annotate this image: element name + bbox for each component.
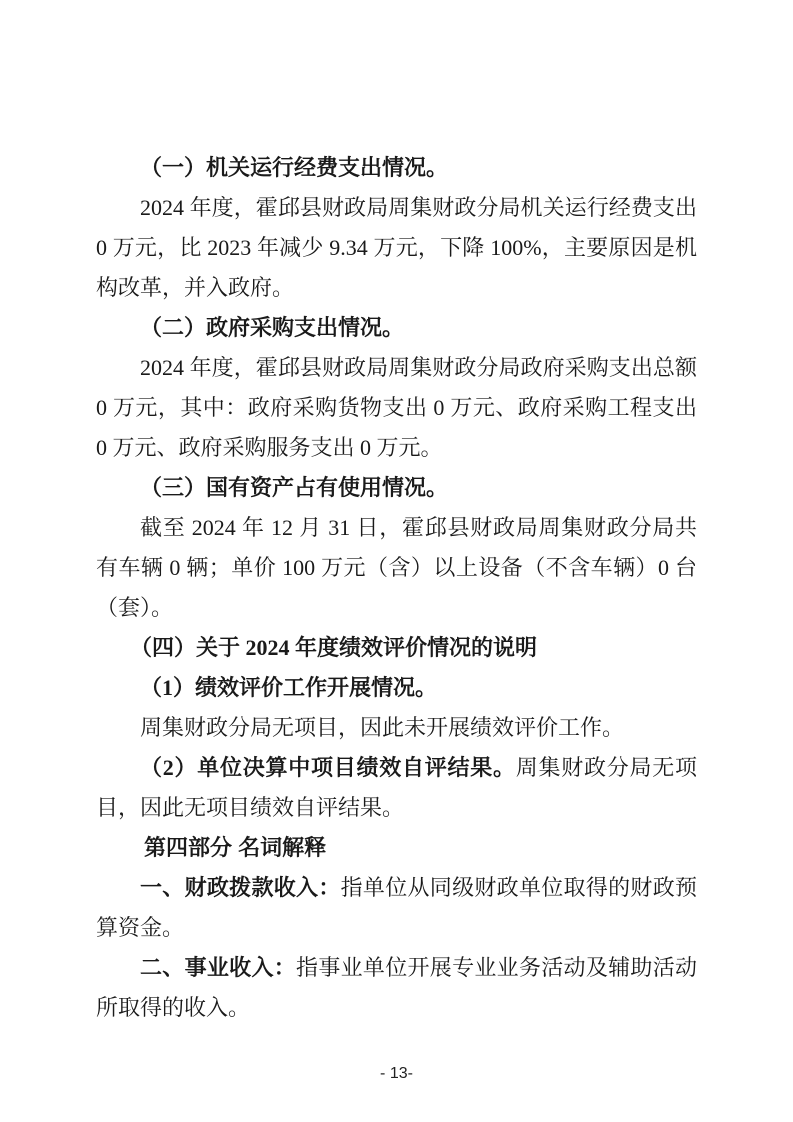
section-heading-state-assets: （三）国有资产占有使用情况。: [96, 468, 697, 508]
paragraph-glossary-business-income: 二、事业收入：指事业单位开展专业业务活动及辅助活动所取得的收入。: [96, 948, 697, 1028]
page-number: - 13-: [0, 1062, 793, 1086]
glossary-term-business-income: 二、事业收入：: [140, 955, 296, 980]
paragraph-agency-operating-expense: 2024 年度，霍邱县财政局周集财政分局机关运行经费支出 0 万元，比 2023…: [96, 188, 697, 308]
subsection-heading-evaluation-work: （1）绩效评价工作开展情况。: [96, 668, 697, 708]
section-heading-performance-evaluation: （四）关于 2024 年度绩效评价情况的说明: [96, 628, 697, 668]
paragraph-self-evaluation: （2）单位决算中项目绩效自评结果。周集财政分局无项目，因此无项目绩效自评结果。: [96, 748, 697, 828]
paragraph-glossary-fiscal-appropriation: 一、财政拨款收入：指单位从同级财政单位取得的财政预算资金。: [96, 868, 697, 948]
document-page: （一）机关运行经费支出情况。 2024 年度，霍邱县财政局周集财政分局机关运行经…: [0, 0, 793, 1122]
document-body: （一）机关运行经费支出情况。 2024 年度，霍邱县财政局周集财政分局机关运行经…: [96, 148, 697, 1028]
paragraph-self-evaluation-lead: （2）单位决算中项目绩效自评结果。: [140, 755, 516, 780]
paragraph-evaluation-work: 周集财政分局无项目，因此未开展绩效评价工作。: [96, 708, 697, 748]
part-title-glossary: 第四部分 名词解释: [96, 828, 697, 868]
paragraph-government-procurement: 2024 年度，霍邱县财政局周集财政分局政府采购支出总额 0 万元，其中：政府采…: [96, 348, 697, 468]
section-heading-government-procurement: （二）政府采购支出情况。: [96, 308, 697, 348]
paragraph-state-assets: 截至 2024 年 12 月 31 日，霍邱县财政局周集财政分局共有车辆 0 辆…: [96, 508, 697, 628]
section-heading-agency-operating-expense: （一）机关运行经费支出情况。: [96, 148, 697, 188]
glossary-term-fiscal-appropriation: 一、财政拨款收入：: [140, 875, 341, 900]
